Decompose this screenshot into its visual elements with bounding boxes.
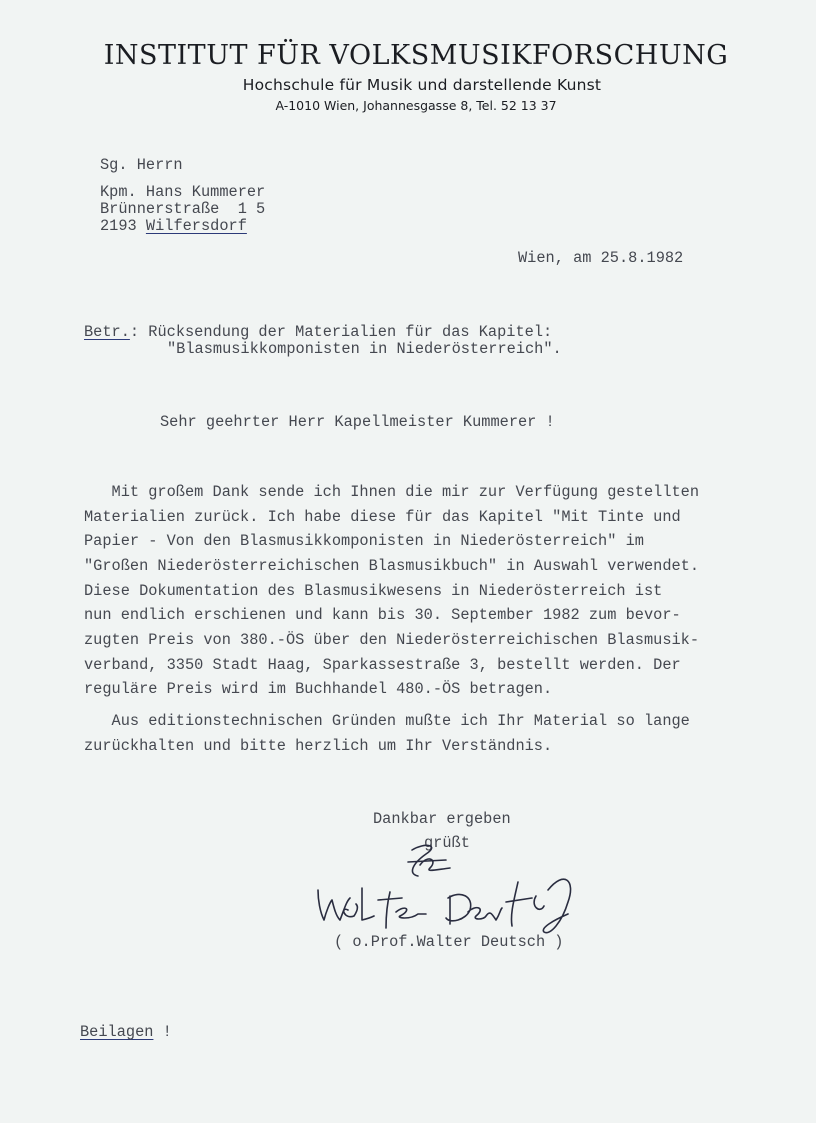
subject-label-colon: : (130, 323, 139, 341)
date-line: Wien, am 25.8.1982 (518, 246, 683, 271)
handwritten-signature (300, 840, 600, 940)
body-line: "Großen Niederösterreichischen Blasmusik… (84, 554, 699, 579)
body-line: nun endlich erschienen und kann bis 30. … (84, 603, 681, 628)
institute-address: A-1010 Wien, Johannesgasse 8, Tel. 52 13… (8, 98, 816, 113)
recipient-postcode: 2193 (100, 217, 137, 235)
recipient-city-line: 2193 Wilfersdorf (100, 214, 247, 239)
recipient-salutation: Sg. Herrn (100, 153, 183, 178)
body-line: Aus editionstechnischen Gründen mußte ic… (84, 709, 690, 734)
signatory-name: ( o.Prof.Walter Deutsch ) (334, 930, 564, 955)
school-name: Hochschule für Musik und darstellende Ku… (14, 76, 816, 94)
body-line: Papier - Von den Blasmusikkomponisten in… (84, 529, 644, 554)
body-line: verband, 3350 Stadt Haag, Sparkassestraß… (84, 653, 681, 678)
enclosures-line: Beilagen ! (80, 1020, 172, 1045)
body-line: zugten Preis von 380.-ÖS über den Nieder… (84, 628, 699, 653)
body-line: Diese Dokumentation des Blasmusikwesens … (84, 579, 662, 604)
institute-name: INSTITUT FÜR VOLKSMUSIKFORSCHUNG (8, 40, 816, 71)
body-line: reguläre Preis wird im Buchhandel 480.-Ö… (84, 677, 552, 702)
enclosures-suffix: ! (153, 1023, 171, 1041)
closing-line-1: Dankbar ergeben (373, 807, 511, 832)
subject-label: Betr. (84, 323, 130, 341)
body-line: Mit großem Dank sende ich Ihnen die mir … (84, 480, 699, 505)
recipient-city: Wilfersdorf (146, 217, 247, 235)
subject-line-2: "Blasmusikkomponisten in Niederösterreic… (167, 337, 562, 362)
body-line: Materialien zurück. Ich habe diese für d… (84, 505, 681, 530)
body-line: zurückhalten und bitte herzlich um Ihr V… (84, 734, 552, 759)
enclosures-label: Beilagen (80, 1023, 153, 1041)
greeting: Sehr geehrter Herr Kapellmeister Kummere… (160, 410, 555, 435)
